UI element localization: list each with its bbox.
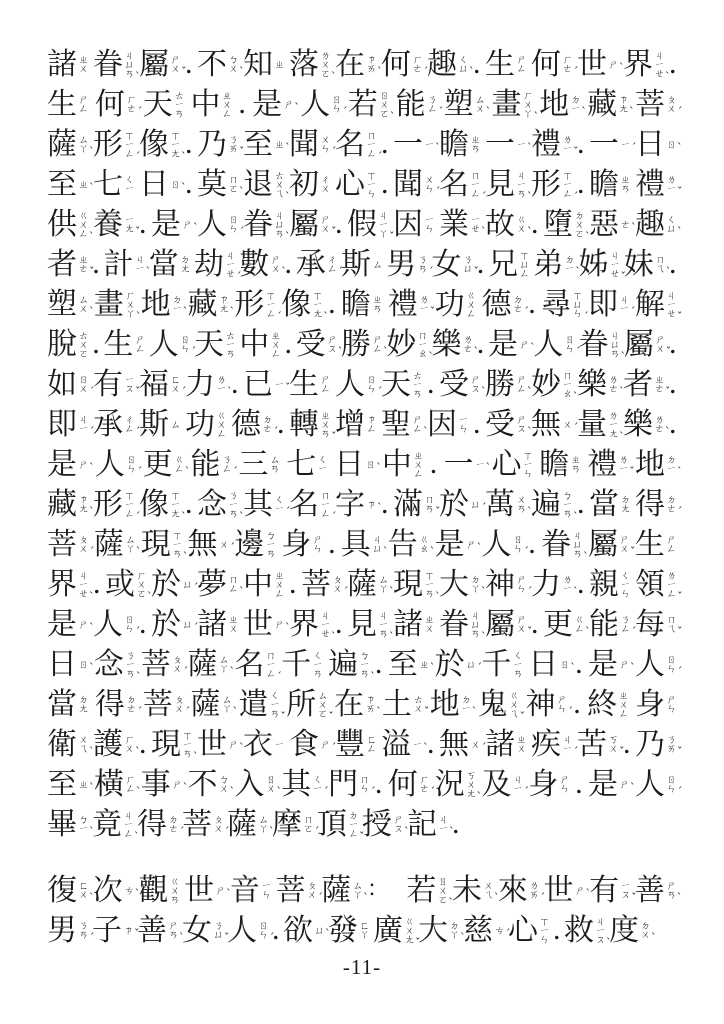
- char-token: 遍ㄅㄧㄢˋ: [328, 646, 371, 684]
- zhuyin-stack: ㄨˊ: [471, 741, 481, 750]
- zhuyin-stack: ㄙㄚˋ: [125, 536, 135, 554]
- hanzi: 身: [528, 766, 558, 804]
- tone-mark: ˋ: [448, 898, 454, 907]
- hanzi: 養: [93, 206, 123, 244]
- zhuyin-symbol: ㄢ: [275, 230, 285, 239]
- zhuyin-symbol: ㄚ: [259, 825, 269, 834]
- zhuyin-stack: ㄑㄧㄢ: [313, 652, 323, 679]
- zhuyin-symbol: ㄡ: [596, 936, 606, 945]
- zhuyin-symbol: ㄚ: [125, 310, 135, 319]
- hanzi: 念: [197, 486, 227, 524]
- zhuyin-annotation: ㄏㄜˊ: [561, 46, 574, 84]
- zhuyin-symbol: ㄨ: [619, 545, 629, 554]
- zhuyin-stack: ㄧㄣ: [459, 416, 469, 434]
- zhuyin-symbol: ㄨ: [79, 385, 89, 394]
- hanzi: 功: [185, 406, 215, 444]
- tone-mark: ˋ: [89, 592, 95, 601]
- hanzi: 塑: [444, 86, 474, 124]
- hanzi: 像: [139, 486, 169, 524]
- zhuyin-annotation: ㄕˋ: [77, 446, 90, 484]
- tone-mark: ˋ: [630, 663, 636, 672]
- hanzi: 知: [243, 46, 273, 84]
- zhuyin-symbol: ㄢ: [313, 670, 323, 679]
- zhuyin-annotation: ㄙ: [169, 406, 182, 444]
- hanzi: 薩: [47, 126, 77, 164]
- char-token: 界ㄐㄧㄝˋ: [289, 606, 332, 644]
- text-line: 界ㄐㄧㄝˋ.或ㄏㄨㄛˋ於ㄩˊ夢ㄇㄥˋ中ㄓㄨㄥ.菩ㄆㄨˊ薩ㄙㄚˋ現ㄒㄧㄢˋ大ㄉㄚˋ…: [47, 566, 678, 606]
- zhuyin-symbol: ㄜ: [126, 105, 136, 114]
- zhuyin-stack: ㄕˋ: [216, 887, 226, 896]
- zhuyin-annotation: ㄑㄧ: [316, 446, 329, 484]
- zhuyin-annotation: ㄓㄨㄢˇ: [319, 406, 332, 444]
- tone-mark: ˊ: [343, 587, 349, 596]
- zhuyin-annotation: ㄖㄣˊ: [665, 766, 678, 804]
- char-token: 於ㄩˊ: [151, 566, 194, 604]
- zhuyin-stack: ㄅㄧˋ: [79, 816, 89, 834]
- hanzi: 每: [635, 606, 665, 644]
- zhuyin-annotation: ㄗㄞˋ: [364, 686, 377, 724]
- zhuyin-annotation: ㄓㄢ: [569, 446, 582, 484]
- zhuyin-stack: ㄉㄜˊ: [513, 296, 523, 314]
- zhuyin-symbol: ㄥ: [471, 190, 481, 199]
- char-token: 弟ㄉㄧˋ: [533, 246, 576, 284]
- zhuyin-annotation: ㄖㄣˊ: [563, 326, 576, 364]
- zhuyin-symbol: ㄣ: [560, 785, 570, 794]
- zhuyin-annotation: ㄗㄞˋ: [365, 46, 378, 84]
- zhuyin-stack: ㄒㄧㄢˋ: [183, 732, 193, 759]
- char-token: 落ㄌㄨㄛˋ: [289, 46, 332, 84]
- char-token: 知ㄓ: [243, 46, 286, 84]
- char-token: 人ㄖㄣˊ: [197, 206, 240, 244]
- zhuyin-stack: ㄐㄩㄢˋ: [275, 212, 285, 239]
- zhuyin-stack: ㄋㄥˊ: [222, 456, 232, 474]
- zhuyin-annotation: ㄕㄣ: [311, 526, 324, 564]
- zhuyin-stack: ㄖㄣˊ: [666, 656, 676, 674]
- zhuyin-stack: ㄇㄧㄠˋ: [563, 372, 573, 399]
- hanzi: 在: [334, 686, 364, 724]
- zhuyin-annotation: ㄙㄢ: [268, 446, 281, 484]
- tone-mark: ˊ: [430, 787, 436, 796]
- text-line: 者ㄓㄜˇ.計ㄐㄧˋ當ㄉㄤ劫ㄐㄧㄝˊ數ㄕㄨˋ.承ㄔㄥˊ斯ㄙ男ㄋㄢˊ女ㄋㄩˇ.兄ㄒㄩ…: [47, 246, 678, 286]
- zhuyin-annotation: ㄓㄨㄥ: [617, 686, 630, 724]
- zhuyin-stack: ㄍㄨㄥ: [466, 292, 476, 319]
- tone-mark: ˋ: [383, 547, 389, 556]
- tone-mark: ˋ: [181, 512, 187, 521]
- hanzi: 字: [335, 486, 365, 524]
- zhuyin-symbol: ㄣ: [666, 705, 676, 714]
- hanzi: 菩: [47, 526, 77, 564]
- zhuyin-stack: ㄓㄨㄥ: [413, 452, 423, 479]
- hanzi: 及: [481, 766, 511, 804]
- tone-mark: ˊ: [573, 423, 579, 432]
- zhuyin-stack: ㄌㄧㄤˋ: [609, 412, 619, 439]
- char-token: 禮ㄌㄧˇ: [635, 166, 678, 204]
- char-token: 菩ㄆㄨˊ: [47, 526, 90, 564]
- zhuyin-annotation: ㄏㄜˊ: [125, 86, 138, 124]
- zhuyin-stack: ㄕˋ: [229, 741, 239, 750]
- zhuyin-annotation: ㄕㄥˋ: [515, 366, 528, 404]
- hanzi: 力: [185, 366, 215, 404]
- tone-mark: ˋ: [629, 107, 635, 116]
- char-token: 者ㄓㄜˇ: [623, 366, 666, 404]
- tone-mark: ˋ: [276, 787, 282, 796]
- char-token: 斯ㄙ: [139, 406, 182, 444]
- hanzi: 人: [95, 446, 125, 484]
- hanzi: 豐: [335, 726, 365, 764]
- zhuyin-symbol: ㄥ: [125, 510, 135, 519]
- char-token: 復ㄈㄨˋ: [47, 872, 90, 910]
- char-token: 脫ㄊㄨㄛ: [47, 326, 90, 364]
- char-token: 是ㄕˋ: [488, 326, 531, 364]
- zhuyin-symbol: ㄥ: [222, 110, 232, 119]
- zhuyin-annotation: ㄒㄧㄥˊ: [123, 486, 136, 524]
- hanzi: 形: [531, 166, 561, 204]
- tone-mark: ˋ: [435, 592, 441, 601]
- zhuyin-stack: ㄕㄡˋ: [394, 816, 404, 834]
- tone-mark: ˊ: [137, 107, 143, 116]
- char-token: 樂ㄌㄜˋ: [577, 366, 620, 404]
- zhuyin-stack: ㄧˋ: [413, 741, 423, 750]
- zhuyin-symbol: ㄜ: [126, 705, 136, 714]
- hanzi: 世: [577, 46, 607, 84]
- zhuyin-stack: ㄧˋ: [475, 461, 485, 470]
- zhuyin-annotation: ㄎㄨˇ: [607, 726, 620, 764]
- char-token: 數ㄕㄨˋ: [239, 246, 282, 284]
- zhuyin-annotation: ㄌㄧㄥˇ: [665, 566, 678, 604]
- zhuyin-annotation: ㄜˋ: [619, 206, 632, 244]
- zhuyin-symbol: ㄛ: [79, 350, 89, 359]
- char-token: 禮ㄌㄧˇ: [388, 286, 431, 324]
- zhuyin-stack: ㄒㄧㄤˋ: [171, 132, 181, 159]
- zhuyin-symbol: ㄚ: [79, 145, 89, 154]
- zhuyin-stack: ㄙ: [171, 421, 181, 430]
- char-token: 受ㄕㄡˋ: [296, 326, 339, 364]
- char-token: 計ㄐㄧˋ: [104, 246, 147, 284]
- zhuyin-stack: ㄍㄠˋ: [419, 536, 429, 554]
- tone-mark: ˋ: [423, 743, 429, 752]
- zhuyin-stack: ㄐㄧˊ: [79, 416, 89, 434]
- tone-mark: ˊ: [377, 152, 383, 161]
- hanzi: 疾: [531, 726, 561, 764]
- zhuyin-symbol: ㄕ: [609, 61, 619, 70]
- zhuyin-annotation: ㄕㄡˋ: [392, 806, 405, 844]
- zhuyin-symbol: ㄕ: [229, 741, 239, 750]
- zhuyin-stack: ㄒㄧㄥˊ: [266, 292, 276, 319]
- zhuyin-symbol: ㄢ: [517, 190, 527, 199]
- zhuyin-stack: ㄇㄟˇ: [667, 616, 677, 634]
- char-token: 善ㄕㄢˋ: [635, 872, 678, 910]
- zhuyin-annotation: ㄊㄨㄛ: [77, 326, 90, 364]
- zhuyin-annotation: ㄨˊ: [561, 406, 574, 444]
- zhuyin-symbol: ㄨ: [229, 65, 239, 74]
- zhuyin-symbol: ㄢ: [610, 350, 620, 359]
- period-punctuation: .: [573, 686, 582, 722]
- zhuyin-symbol: ㄩ: [183, 581, 193, 590]
- hanzi: 日: [139, 166, 169, 204]
- zhuyin-symbol: ㄛ: [318, 710, 328, 719]
- zhuyin-annotation: ㄑㄧˊ: [273, 486, 286, 524]
- zhuyin-annotation: ㄐㄩㄢˋ: [609, 326, 622, 364]
- zhuyin-symbol: ㄞ: [667, 745, 677, 754]
- zhuyin-annotation: ㄕˋ: [465, 526, 478, 564]
- char-token: 瞻ㄓㄢ: [341, 286, 384, 324]
- tone-mark: ˊ: [273, 427, 279, 436]
- tone-mark: ˋ: [134, 832, 140, 841]
- char-token: 字ㄗˋ: [335, 486, 378, 524]
- tone-mark: ˇ: [630, 547, 636, 556]
- hanzi: 大: [439, 566, 469, 604]
- char-token: 慈ㄘˊ: [463, 912, 506, 950]
- zhuyin-symbol: ㄥ: [619, 710, 629, 719]
- zhuyin-symbol: ㄨ: [266, 785, 276, 794]
- hanzi: 勝: [485, 366, 515, 404]
- zhuyin-symbol: ㄣ: [321, 145, 331, 154]
- hanzi: 地: [141, 286, 171, 324]
- zhuyin-annotation: ㄏㄨㄛˋ: [135, 566, 148, 604]
- zhuyin-annotation: ㄅㄨˋ: [227, 46, 240, 84]
- hanzi: 天: [381, 366, 411, 404]
- zhuyin-symbol: ㄣ: [425, 225, 435, 234]
- fullwidth-space: [384, 872, 404, 910]
- zhuyin-annotation: ㄖㄣˊ: [123, 606, 136, 644]
- zhuyin-stack: ㄕㄡˋ: [327, 336, 337, 354]
- tone-mark: ˊ: [179, 827, 185, 836]
- zhuyin-symbol: ㄣ: [517, 585, 527, 594]
- hanzi: 天: [143, 86, 173, 124]
- zhuyin-symbol: ㄥ: [124, 830, 134, 839]
- char-token: 地ㄉㄧˋ: [539, 86, 582, 124]
- hanzi: 親: [589, 566, 619, 604]
- hanzi: 塑: [47, 286, 77, 324]
- hanzi: 故: [485, 206, 515, 244]
- char-token: 形ㄒㄧㄥˊ: [531, 166, 574, 204]
- hanzi: 有: [589, 872, 619, 910]
- char-token: 所ㄙㄨㄛˇ: [286, 686, 329, 724]
- zhuyin-stack: ㄑㄩˋ: [667, 216, 677, 234]
- zhuyin-stack: ㄉㄜˊ: [263, 416, 273, 434]
- zhuyin-symbol: ㄢ: [321, 430, 331, 439]
- hanzi: 屬: [624, 326, 654, 364]
- hanzi: 有: [93, 366, 123, 404]
- hanzi: 人: [635, 766, 665, 804]
- hanzi: 瞻: [439, 126, 469, 164]
- tone-mark: ˋ: [136, 787, 142, 796]
- zhuyin-annotation: ㄕㄥ: [134, 326, 147, 364]
- char-token: 藏ㄗㄤˋ: [188, 286, 231, 324]
- tone-mark: ˋ: [135, 72, 141, 81]
- tone-mark: ˋ: [631, 223, 637, 232]
- tone-mark: ˇ: [224, 933, 230, 942]
- tone-mark: ˇ: [527, 627, 533, 636]
- hanzi: 墮: [543, 206, 573, 244]
- zhuyin-stack: ㄐㄩㄢˋ: [471, 612, 481, 639]
- char-token: 諸ㄓㄨ: [393, 606, 436, 644]
- zhuyin-stack: ㄐㄧㄝˇ: [666, 292, 676, 319]
- zhuyin-symbol: ㄣ: [126, 465, 136, 474]
- char-token: 世ㄕˋ: [197, 726, 240, 764]
- char-token: 現ㄒㄧㄢˋ: [141, 526, 184, 564]
- zhuyin-annotation: ㄉㄚˋ: [448, 912, 461, 950]
- char-token: 遍ㄅㄧㄢˋ: [531, 486, 574, 524]
- tone-mark: ˊ: [185, 707, 191, 716]
- zhuyin-symbol: ㄣ: [313, 545, 323, 554]
- zhuyin-symbol: ㄢ: [513, 670, 523, 679]
- zhuyin-annotation: ㄕㄣˊ: [555, 686, 568, 724]
- zhuyin-symbol: ㄡ: [394, 825, 404, 834]
- zhuyin-symbol: ㄛ: [379, 110, 389, 119]
- zhuyin-symbol: ㄖ: [667, 141, 677, 150]
- tone-mark: ˊ: [89, 387, 95, 396]
- char-token: 福ㄈㄨˊ: [139, 366, 182, 404]
- tone-mark: ˊ: [224, 827, 230, 836]
- zhuyin-symbol: ㄥ: [666, 545, 676, 554]
- tone-mark: ˋ: [377, 503, 383, 512]
- tone-mark: ˋ: [146, 267, 152, 276]
- zhuyin-symbol: ㄧ: [571, 105, 581, 114]
- zhuyin-symbol: ㄥ: [517, 65, 527, 74]
- tone-mark: ˋ: [666, 267, 672, 276]
- hanzi: 乃: [197, 126, 227, 164]
- zhuyin-annotation: ㄨㄣˊ: [319, 126, 332, 164]
- zhuyin-symbol: ㄢ: [172, 550, 182, 559]
- zhuyin-stack: ㄕˋ: [619, 781, 629, 790]
- zhuyin-annotation: ㄐㄧㄢˋ: [377, 606, 390, 644]
- zhuyin-symbol: ㄝ: [666, 310, 676, 319]
- hanzi: 何: [388, 766, 418, 804]
- zhuyin-symbol: ㄠ: [418, 350, 428, 359]
- zhuyin-annotation: ㄕㄣˊ: [515, 566, 528, 604]
- zhuyin-annotation: ㄌㄜˋ: [607, 366, 620, 404]
- zhuyin-stack: ㄑㄧˊ: [275, 496, 285, 514]
- char-token: 德ㄉㄜˊ: [231, 406, 274, 444]
- hanzi: 妹: [624, 246, 654, 284]
- zhuyin-stack: ㄙㄢ: [270, 456, 280, 474]
- zhuyin-stack: ㄈㄥ: [367, 736, 377, 754]
- char-token: 像ㄒㄧㄤˋ: [139, 486, 182, 524]
- zhuyin-annotation: ㄕˋ: [171, 766, 184, 804]
- char-token: 救ㄐㄧㄡˋ: [564, 912, 607, 950]
- zhuyin-stack: ㄊㄨㄟˋ: [275, 172, 285, 199]
- char-token: 受ㄕㄡˋ: [485, 406, 528, 444]
- zhuyin-annotation: ㄧˊ: [619, 126, 632, 164]
- zhuyin-annotation: ㄕㄢˋ: [665, 872, 678, 910]
- tone-mark: ˋ: [136, 547, 142, 556]
- zhuyin-stack: ㄐㄩㄢˋ: [573, 532, 583, 559]
- hanzi: 現: [393, 566, 423, 604]
- zhuyin-symbol: ㄣ: [425, 185, 435, 194]
- zhuyin-stack: ㄕㄥ: [321, 376, 331, 394]
- tone-mark: ˊ: [89, 933, 95, 942]
- zhuyin-symbol: ㄥ: [217, 430, 227, 439]
- tone-mark: ˋ: [606, 938, 612, 947]
- period-punctuation: .: [381, 166, 390, 202]
- zhuyin-stack: ㄇㄧㄥˊ: [471, 172, 481, 199]
- char-token: 一ㄧˊ: [589, 126, 632, 164]
- char-token: 聞ㄨㄣˊ: [393, 166, 436, 204]
- zhuyin-annotation: ㄐㄧㄝˊ: [224, 246, 237, 284]
- zhuyin-stack: ㄓˋ: [275, 141, 285, 150]
- zhuyin-stack: ㄈㄨˋ: [79, 882, 89, 900]
- hanzi: 度: [609, 912, 639, 950]
- char-token: 廣ㄍㄨㄤˇ: [373, 912, 416, 950]
- zhuyin-symbol: ㄣ: [367, 190, 377, 199]
- zhuyin-annotation: ㄉㄜˊ: [125, 686, 138, 724]
- zhuyin-annotation: ㄑㄧ: [123, 166, 136, 204]
- zhuyin-annotation: ㄖㄣˊ: [125, 446, 138, 484]
- char-token: 名ㄇㄧㄥˊ: [335, 126, 378, 164]
- tone-mark: ˊ: [276, 312, 282, 321]
- zhuyin-annotation: ㄍㄨㄥˋ: [77, 206, 90, 244]
- zhuyin-stack: ㄙㄚˋ: [259, 816, 269, 834]
- zhuyin-symbol: ㄜ: [563, 65, 573, 74]
- char-token: 邊ㄅㄧㄢ: [234, 526, 277, 564]
- zhuyin-stack: ㄕㄢˋ: [666, 882, 676, 900]
- tone-mark: ˋ: [363, 893, 369, 902]
- hanzi: 無: [188, 526, 218, 564]
- char-token: 劫ㄐㄧㄝˊ: [194, 246, 237, 284]
- hanzi: 初: [289, 166, 319, 204]
- zhuyin-annotation: ㄐㄧˊ: [561, 726, 574, 764]
- zhuyin-annotation: ㄐㄧˋ: [134, 246, 147, 284]
- char-token: 屬ㄕㄨˇ: [588, 526, 631, 564]
- char-token: 塑ㄙㄨˋ: [47, 286, 90, 324]
- zhuyin-symbol: ㄧ: [475, 461, 485, 470]
- char-token: 神ㄕㄣˊ: [525, 686, 568, 724]
- hanzi: 因: [393, 206, 423, 244]
- zhuyin-stack: ㄊㄧㄢ: [226, 332, 236, 359]
- text-line: 衛ㄨㄟˋ護ㄏㄨˋ.現ㄒㄧㄢˋ世ㄕˋ衣ㄧ食ㄕˊ豐ㄈㄥ溢ㄧˋ.無ㄨˊ諸ㄓㄨ疾ㄐㄧˊ苦…: [47, 726, 678, 766]
- char-token: 妹ㄇㄟˋ: [624, 246, 667, 284]
- zhuyin-stack: ㄏㄜˊ: [419, 776, 429, 794]
- char-token: 心ㄒㄧㄣ: [508, 912, 551, 950]
- char-token: 菩ㄆㄨˊ: [301, 566, 344, 604]
- zhuyin-symbol: ㄥ: [520, 270, 530, 279]
- hanzi: 是: [151, 206, 181, 244]
- tone-mark: ˋ: [338, 347, 344, 356]
- hanzi: 生: [47, 86, 77, 124]
- hanzi: 德: [231, 406, 261, 444]
- hanzi: 禮: [388, 286, 418, 324]
- char-token: 地ㄉㄧˋ: [141, 286, 184, 324]
- zhuyin-annotation: ㄓ: [273, 46, 286, 84]
- tone-mark: ˊ: [435, 187, 441, 196]
- char-token: 像ㄒㄧㄤˋ: [281, 286, 324, 324]
- zhuyin-stack: ㄉㄧˋ: [565, 256, 575, 274]
- zhuyin-stack: ㄐㄧˊ: [513, 776, 523, 794]
- zhuyin-annotation: ㄑㄩˋ: [665, 206, 678, 244]
- zhuyin-stack: ㄨㄣˊ: [321, 136, 331, 154]
- zhuyin-annotation: ㄉㄧˋ: [171, 286, 184, 324]
- tone-mark: ˊ: [631, 627, 637, 636]
- zhuyin-symbol: ㄢ: [372, 305, 382, 314]
- char-token: 力ㄌㄧˋ: [531, 566, 574, 604]
- hanzi: 是: [47, 446, 77, 484]
- zhuyin-stack: ㄌㄧˇ: [419, 296, 429, 314]
- zhuyin-stack: ㄌㄜˋ: [609, 376, 619, 394]
- char-token: 善ㄕㄢˋ: [137, 912, 180, 950]
- zhuyin-annotation: ㄋㄧㄢˋ: [227, 486, 240, 524]
- hanzi: 千: [281, 646, 311, 684]
- zhuyin-symbol: ㄞ: [366, 705, 376, 714]
- char-token: 更ㄍㄥˋ: [543, 606, 586, 644]
- zhuyin-annotation: ㄙㄚˋ: [218, 646, 231, 684]
- char-token: 在ㄗㄞˋ: [335, 46, 378, 84]
- zhuyin-stack: ㄒㄧㄣ: [540, 918, 550, 945]
- tone-mark: ˇ: [328, 712, 334, 721]
- char-token: 乃ㄋㄞˇ: [197, 126, 240, 164]
- tone-mark: ˋ: [89, 783, 95, 792]
- char-token: 度ㄉㄨˋ: [609, 912, 652, 950]
